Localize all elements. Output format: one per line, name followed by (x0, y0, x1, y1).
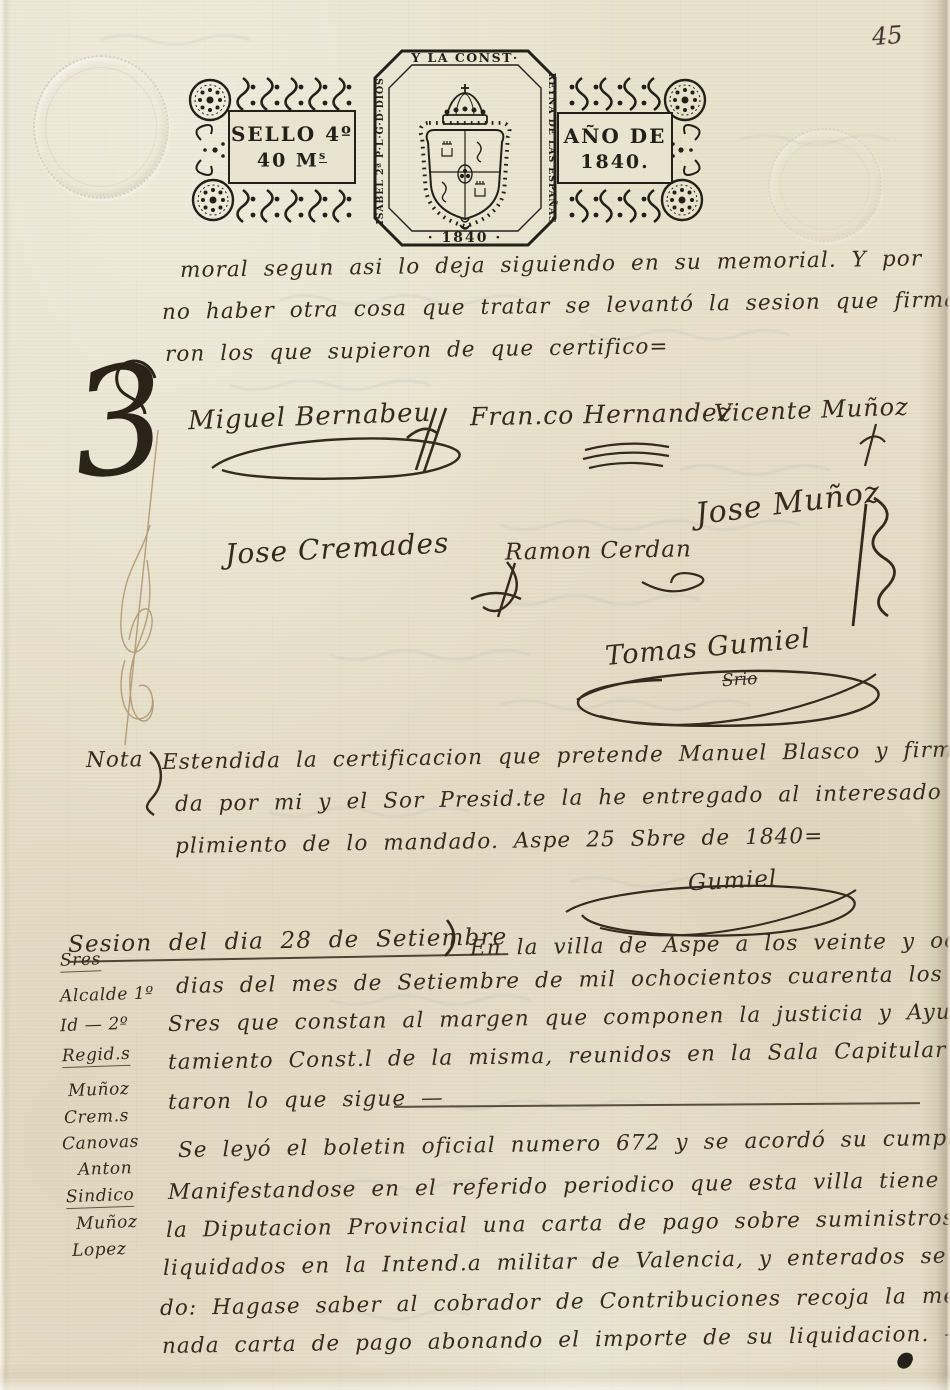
signature-ramon-cerdan: Ramon Cerdan (505, 536, 692, 565)
stamp-sello-box: SELLO 4º 40 Ms (228, 110, 356, 184)
signature-tomas-gumiel-title: Srio (721, 669, 758, 691)
stamp-sello-price: 40 Ms (257, 149, 327, 171)
margin-note-sres: Sres (60, 949, 102, 972)
folio-number: 45 (871, 21, 903, 51)
stamp-legend-top: Y LA CONST· (410, 50, 519, 65)
stamp-year-box: AÑO DE 1840. (557, 112, 673, 184)
nota-signature-gumiel: Gumiel (687, 866, 778, 897)
margin-note-cremades: Crem.s (64, 1106, 130, 1128)
revenue-stamp: SELLO 4º 40 Ms AÑO DE 1840. Y LA CONST· … (183, 48, 710, 250)
margin-note-sindico: Sindico (66, 1185, 135, 1209)
coat-of-arms-icon (421, 84, 510, 229)
signature-francisco-hernandez: Fran.co Hernandez (470, 398, 732, 432)
stamp-octagon: Y LA CONST· ISABEL 2ª P·L·G·D·DIOS REYNA… (372, 48, 558, 248)
nota-label: Nota (86, 747, 144, 773)
stamp-year-label: AÑO DE (564, 124, 667, 148)
manuscript-page: 45 (0, 0, 950, 1390)
session-body-line: taron lo que sigue — (168, 1086, 444, 1115)
margin-note-regidores: Regid.s (62, 1044, 131, 1068)
margin-note-munoz: Muñoz (68, 1079, 130, 1101)
stamp-legend-year: · 1840 · (428, 230, 502, 246)
margin-note-canovas: Canovas (62, 1132, 140, 1155)
margin-rubric-flourish (95, 330, 205, 770)
stamp-legend-left: ISABEL 2ª P·L·G·D·DIOS (375, 77, 386, 224)
stamp-sello-class: SELLO 4º (231, 122, 353, 146)
margin-note-alcalde2: Id — 2º (60, 1014, 129, 1036)
margin-note-anton: Anton (78, 1158, 133, 1180)
margin-note-lopez: Lopez (72, 1239, 127, 1261)
margin-note-munoz2: Muñoz (76, 1212, 138, 1234)
stamp-year-value: 1840. (580, 151, 650, 173)
stamp-legend-right: REYNA DE LAS ESPAÑAS (546, 72, 558, 223)
margin-note-alcalde1: Alcalde 1º (60, 983, 155, 1006)
